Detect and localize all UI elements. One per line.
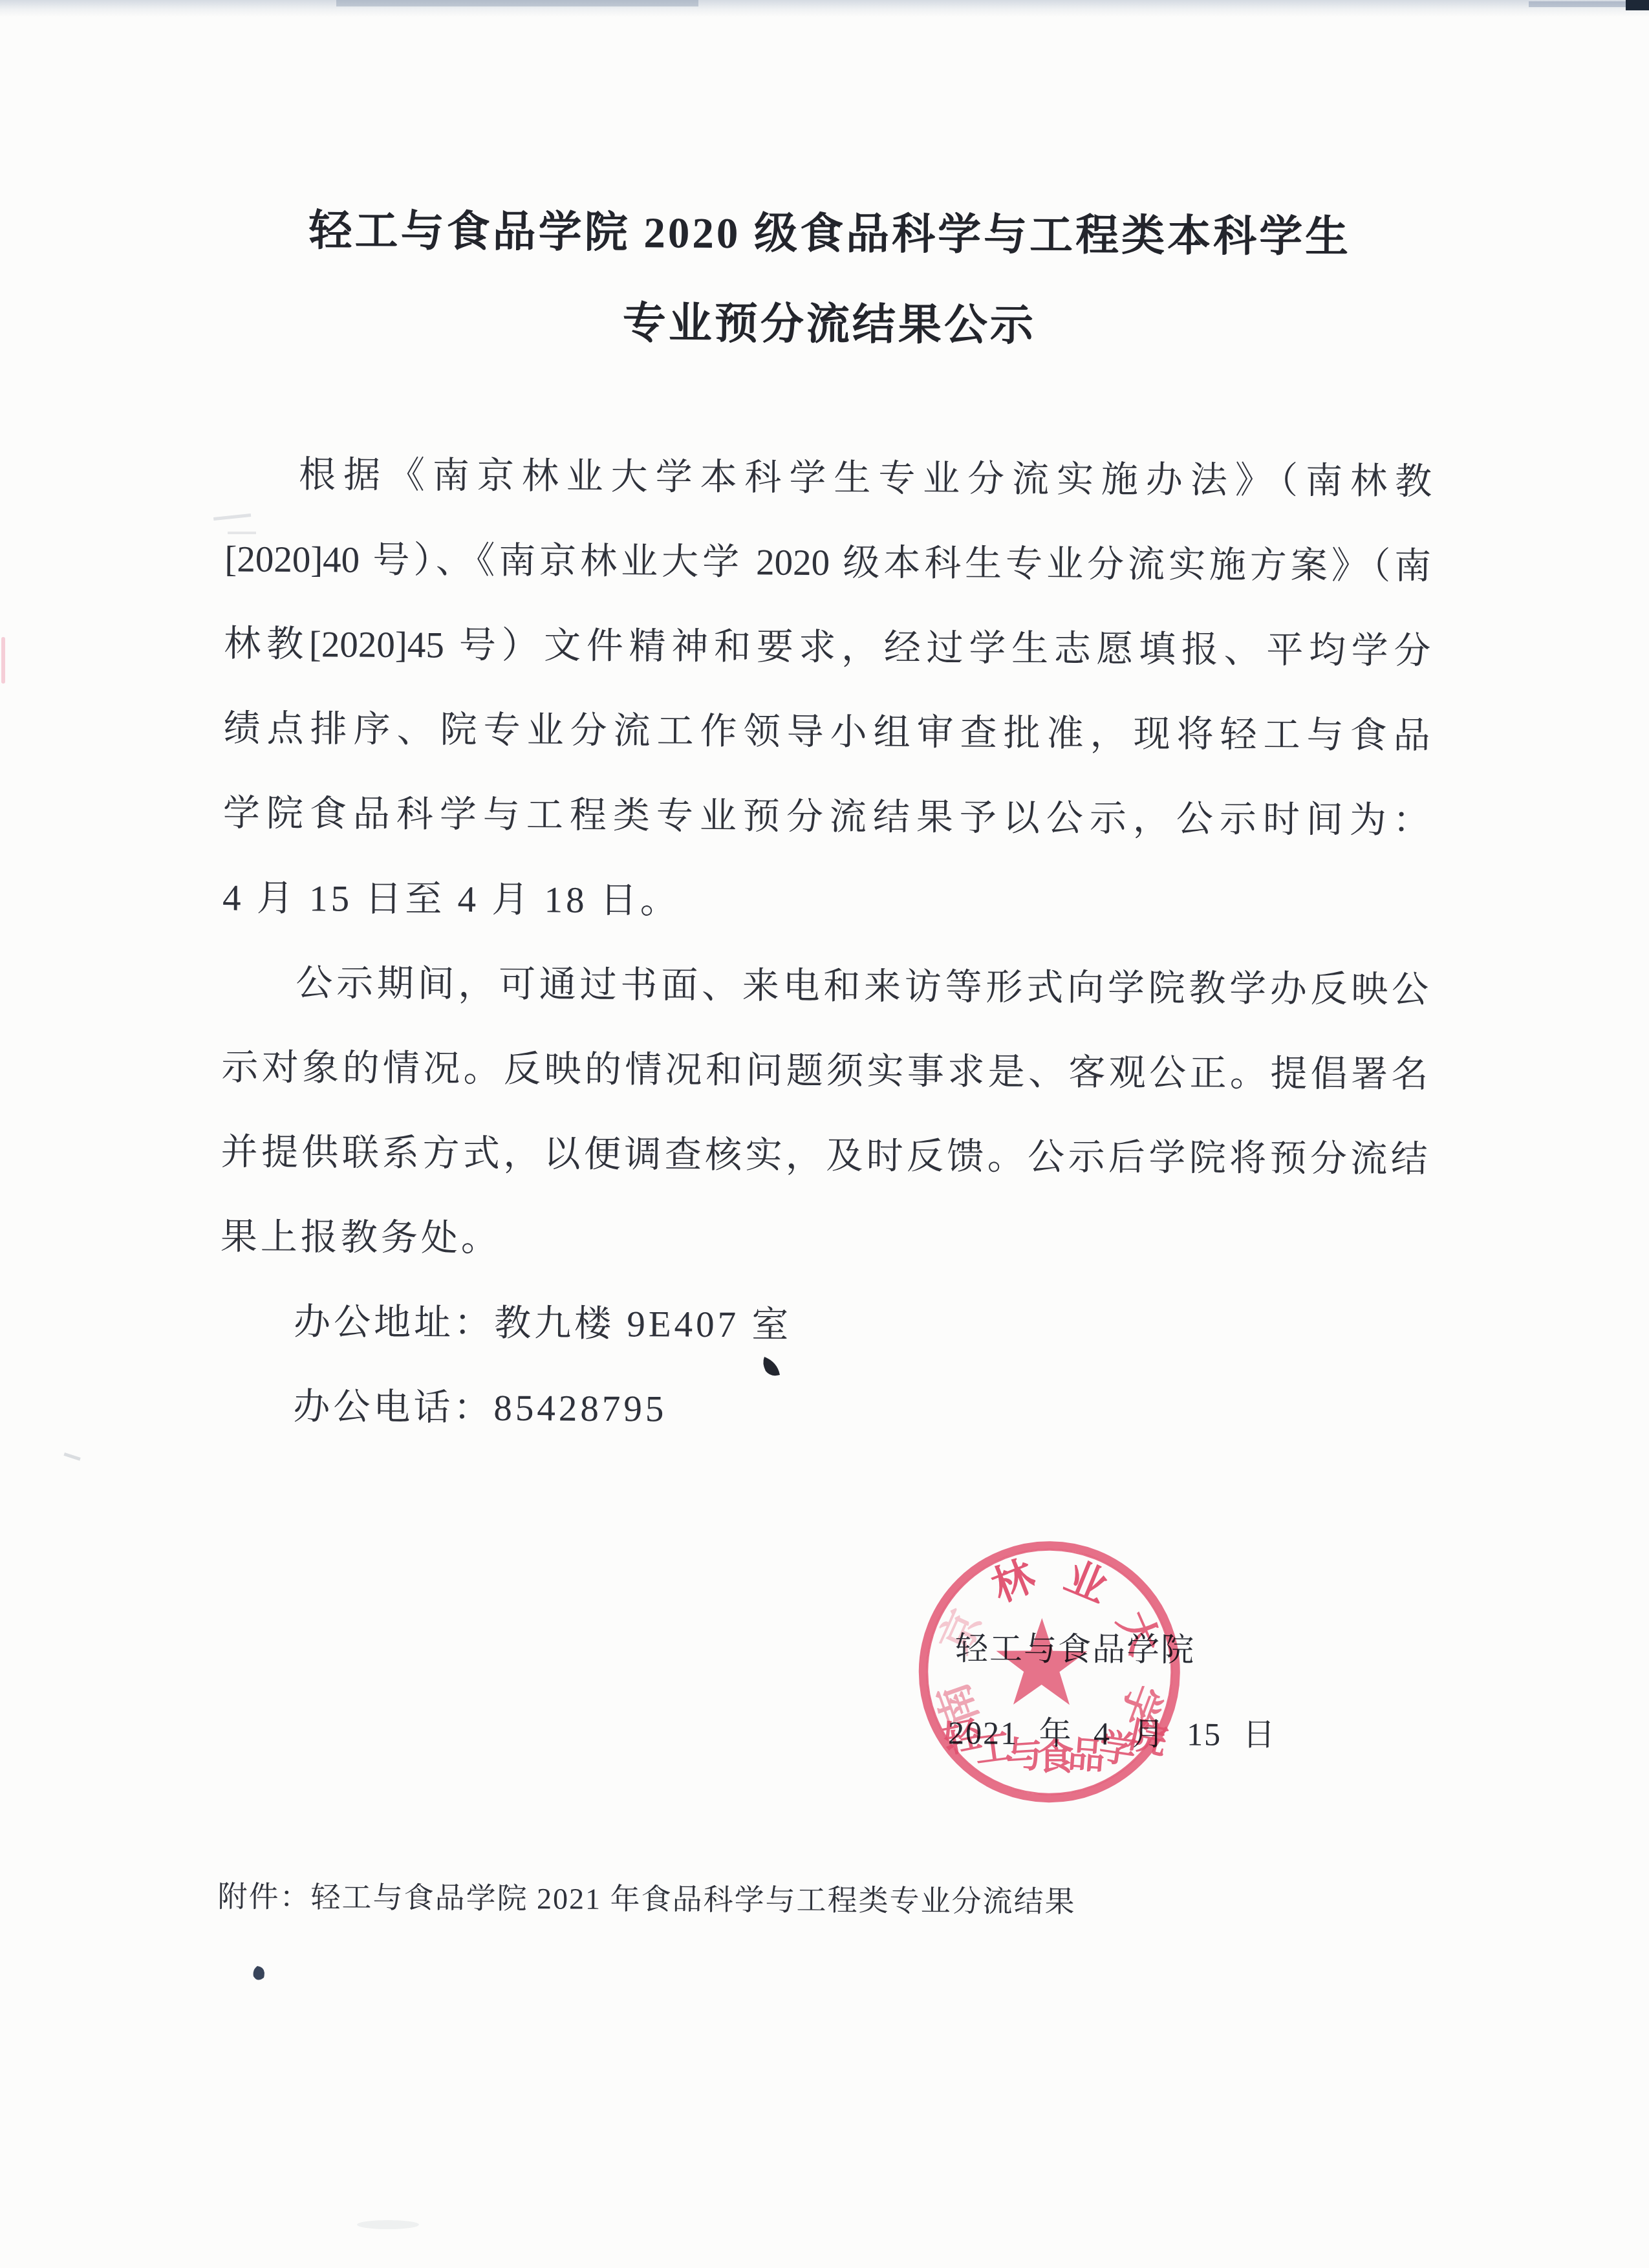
signature-organization: 轻工与食品学院 — [955, 1621, 1195, 1670]
document-content: 轻工与食品学院 2020 级食品科学与工程类本科学生 专业预分流结果公示 根据《… — [0, 0, 1649, 2268]
office-address-line: 办公地址：教九楼 9E407 室 — [220, 1279, 1427, 1371]
body-line: 林教[2020]45 号）文件精神和要求，经过学生志愿填报、平均学分 — [224, 601, 1431, 693]
signature-date: 2021 年 4 月 15 日 — [948, 1707, 1277, 1755]
seal-ring — [922, 1544, 1177, 1799]
body-line: 果上报教务处。 — [220, 1194, 1427, 1286]
body-line: 示对象的情况。反映的情况和问题须实事求是、客观公正。提倡署名 — [221, 1025, 1428, 1117]
body-line: 公示期间，可通过书面、来电和来访等形式向学院教学办反映公 — [222, 940, 1429, 1032]
scanned-document-page: 轻工与食品学院 2020 级食品科学与工程类本科学生 专业预分流结果公示 根据《… — [0, 0, 1649, 2268]
body-line: [2020]40 号）、《南京林业大学 2020 级本科生专业分流实施方案》（南 — [224, 517, 1432, 609]
seal-ring-inner-blur — [927, 1549, 1172, 1795]
body-line: 根据《南京林业大学本科学生专业分流实施办法》（南林教 — [225, 432, 1432, 524]
svg-text:业: 业 — [1059, 1553, 1114, 1611]
body-line: 学院食品科学与工程类专业预分流结果予以公示，公示时间为： — [222, 771, 1430, 863]
title-line-2: 专业预分流结果公示 — [226, 275, 1433, 373]
document-title: 轻工与食品学院 2020 级食品科学与工程类本科学生 专业预分流结果公示 — [226, 185, 1434, 373]
body-line: 4 月 15 日至 4 月 18 日。 — [222, 856, 1430, 947]
attachment-note: 附件：轻工与食品学院 2021 年食品科学与工程类专业分流结果 — [217, 1873, 1075, 1921]
body-line: 并提供联系方式，以便调查核实，及时反馈。公示后学院将预分流结 — [221, 1110, 1428, 1202]
document-body: 根据《南京林业大学本科学生专业分流实施办法》（南林教 [2020]40 号）、《… — [219, 432, 1432, 1456]
title-line-1: 轻工与食品学院 2020 级食品科学与工程类本科学生 — [226, 185, 1434, 283]
office-phone-line: 办公电话：85428795 — [219, 1364, 1427, 1456]
svg-text:林: 林 — [986, 1553, 1042, 1611]
body-line: 绩点排序、院专业分流工作领导小组审查批准，现将轻工与食品 — [223, 686, 1430, 778]
